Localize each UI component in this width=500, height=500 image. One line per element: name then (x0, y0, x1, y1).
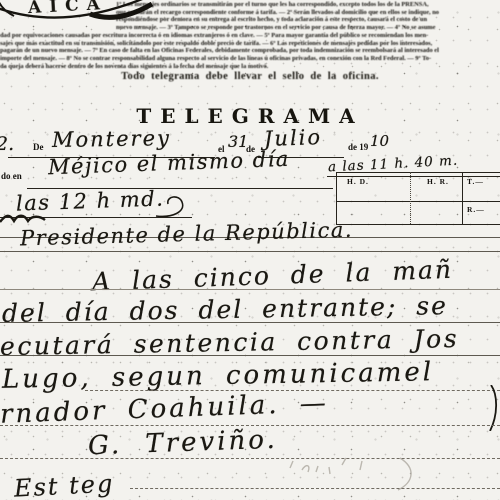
conditions-line: dad por equivocaciones causadas por escr… (0, 32, 499, 40)
addressee-handwritten: Presidente de la República. (20, 218, 354, 251)
form-rule (0, 322, 500, 323)
box-r-label: R.— (467, 205, 485, 214)
seal-notice: Todo telegrama debe llevar el sello de l… (0, 71, 500, 82)
box-tr-divider (462, 172, 463, 224)
box-bottom-border (336, 224, 500, 225)
conditions-line: que causarán el recargo correspondiente … (116, 9, 498, 17)
box-column-divider (410, 172, 411, 224)
conditions-last-line: da queja deberá hacerse dentro de los no… (0, 63, 499, 71)
conditions-line: respondiéndose por demora en su entrega … (116, 16, 498, 24)
form-rule (0, 251, 500, 252)
destination-handwritten: Méjico el mismo día (48, 147, 291, 179)
box-hd-label: H. D. (347, 177, 369, 186)
telegram-scan-page: AICA 1º Los mensajes ordinarios se trans… (0, 0, 500, 500)
box-t-label: T.— (467, 177, 484, 186)
signature-handwritten: G. Treviño. (88, 425, 279, 462)
de-label: De (33, 142, 44, 152)
form-title: TELEGRAMA (0, 104, 500, 128)
conditions-line: pagarán de un nuevo mensaje. — 7º En cas… (0, 47, 499, 55)
box-left-border (336, 172, 337, 224)
box-hr-label: H. R. (427, 177, 449, 186)
year-handwritten: 10 (370, 132, 389, 150)
form-rule (0, 289, 500, 290)
message-line: rnador Coahuila. — (0, 388, 329, 429)
form-rule (130, 488, 500, 489)
conditions-line: 1º Los mensajes ordinarios se transmitir… (116, 1, 498, 9)
form-rule (0, 355, 500, 356)
conditions-line: sajes que más exactitud en su transmisió… (0, 40, 499, 48)
conditions-line: nuevo mensaje. — 3º Tampoco se responde … (116, 24, 498, 32)
conditions-right-block: 1º Los mensajes ordinarios se transmitir… (116, 1, 498, 32)
box-top-border (336, 172, 500, 173)
conditions-line: importe del mensaje. — 8º No se contrae … (0, 55, 499, 63)
recibido-label-fragment: do en (1, 171, 22, 181)
conditions-full-block: dad por equivocaciones causadas por escr… (0, 32, 499, 71)
box-middle-rule (336, 201, 500, 202)
message-line: A las cinco de la mañ (92, 255, 454, 297)
telegram-number: 2. (0, 133, 14, 155)
origin-city-handwritten: Monterey (52, 126, 171, 152)
de19-label: de 19 (348, 142, 368, 152)
bottom-fragment-handwritten: Est teg (13, 469, 115, 500)
